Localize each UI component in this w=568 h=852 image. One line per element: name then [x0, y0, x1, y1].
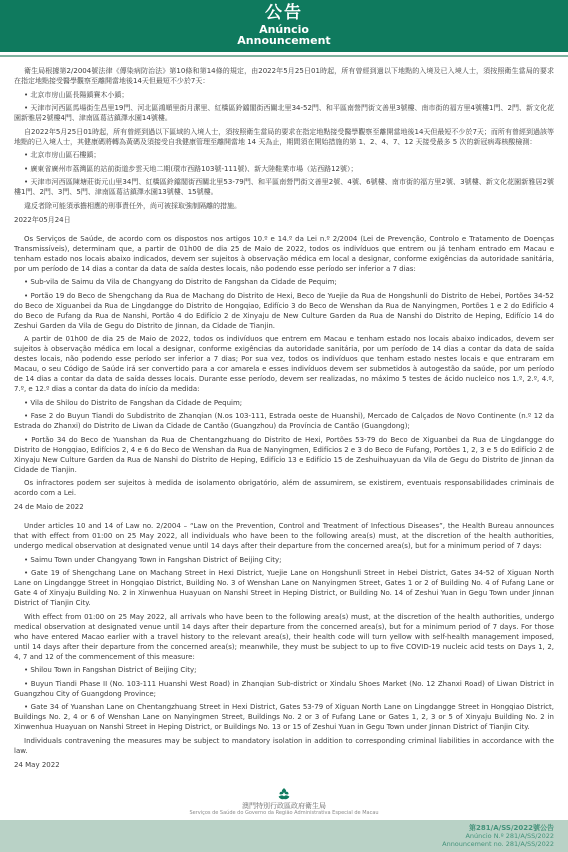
pt-violation-notice: Os infractores podem ser sujeitos à medi… — [14, 478, 554, 498]
pt-intro-paragraph: Os Serviços de Saúde, de acordo com os d… — [14, 234, 554, 274]
announcement-ref-zh: 第281/A/SS/2022號公告 — [0, 824, 554, 833]
pt-bullet-shilou: Vila de Shilou do Distrito de Fangshan d… — [14, 398, 554, 408]
bureau-name-pt: Serviços de Saúde do Governo da Região A… — [0, 810, 568, 817]
pt-bullet-beijing: Sub-vila de Saimu da Vila de Changyang d… — [14, 277, 554, 287]
en-violation-notice: Individuals contravening the measures ma… — [14, 736, 554, 756]
en-date: 24 May 2022 — [14, 760, 554, 770]
zh-date: 2022年05月24日 — [14, 215, 554, 225]
en-bullet-beijing: Saimu Town under Changyang Town in Fangs… — [14, 555, 554, 565]
en-paragraph-2: With effect from 01:00 on 25 May 2022, a… — [14, 612, 554, 662]
zh-intro-paragraph: 衛生局根據第2/2004號法律《傳染病防治法》第10條和第14條的規定，由202… — [14, 66, 554, 86]
announcement-ref-pt: Anúncio N.º 281/A/SS/2022 — [0, 832, 554, 840]
pt-paragraph-2: A partir de 01h00 de dia 25 de Maio de 2… — [14, 334, 554, 394]
zh-bullet-shilou: 北京市房山區石樓鎮； — [14, 150, 554, 160]
zh-bullet-guangzhou: 廣東省廣州市荔灣區的站前街道步雲天地二期(環市西路103號-111號)、新大陸鞋… — [14, 164, 554, 174]
pt-bullet-tianjin: Portão 19 do Beco de Shengchang da Rua d… — [14, 291, 554, 331]
document-body: 衛生局根據第2/2004號法律《傳染病防治法》第10條和第14條的規定，由202… — [0, 57, 568, 773]
section-english: Under articles 10 and 14 of Law no. 2/20… — [14, 521, 554, 770]
section-portuguese: Os Serviços de Saúde, de acordo com os d… — [14, 234, 554, 513]
issuer-signature: 澳門特別行政區政府衛生局 Serviços de Saúde do Govern… — [0, 787, 568, 820]
en-bullet-guangzhou: Buyun Tiandi Phase II (No. 103-111 Huans… — [14, 679, 554, 699]
header-banner: 公告 Anúncio Announcement — [0, 0, 568, 52]
zh-violation-notice: 違反者除可能須承擔相應的刑事責任外，尚可被採取強制隔離的措施。 — [14, 201, 554, 211]
announcement-ref-en: Announcement no. 281/A/SS/2022 — [0, 840, 554, 848]
en-bullet-tianjin: Gate 19 of Shengchang Lane on Machang St… — [14, 568, 554, 608]
pt-date: 24 de Maio de 2022 — [14, 502, 554, 512]
zh-bullet-beijing: 北京市房山區長陽鎮賽木小鎮； — [14, 90, 554, 100]
zh-bullet-tianjin-2: 天津市河西區陳塘莊街元山里34門、紅橋區鈴鐺閣街西關北里53-79門、和平區南營… — [14, 177, 554, 197]
announcement-page: 公告 Anúncio Announcement 衛生局根據第2/2004號法律《… — [0, 0, 568, 852]
title-en: Announcement — [0, 35, 568, 47]
zh-bullet-tianjin: 天津市河西區馬場街生昌里19門、河北區鴻順里街月潔里、紅橋區鈴鐺閣街西關北里34… — [14, 103, 554, 123]
en-bullet-tianjin-2: Gate 34 of Yuanshan Lane on Chentangzhua… — [14, 702, 554, 732]
zh-paragraph-2: 自2022年5月25日01時起，所有曾經到過以下區域的入境人士，須按照衛生當局的… — [14, 127, 554, 147]
health-bureau-logo — [276, 787, 292, 801]
footer-reference-band: 第281/A/SS/2022號公告 Anúncio N.º 281/A/SS/2… — [0, 820, 568, 852]
pt-bullet-guangzhou: Fase 2 do Buyun Tiandi do Subdistrito de… — [14, 411, 554, 431]
title-zh: 公告 — [0, 5, 568, 23]
en-intro-paragraph: Under articles 10 and 14 of Law no. 2/20… — [14, 521, 554, 551]
section-chinese: 衛生局根據第2/2004號法律《傳染病防治法》第10條和第14條的規定，由202… — [14, 66, 554, 225]
bureau-name-zh: 澳門特別行政區政府衛生局 — [0, 802, 568, 810]
en-bullet-shilou: Shilou Town in Fangshan District of Beij… — [14, 665, 554, 675]
pt-bullet-tianjin-2: Portão 34 do Beco de Yuanshan da Rua de … — [14, 435, 554, 475]
